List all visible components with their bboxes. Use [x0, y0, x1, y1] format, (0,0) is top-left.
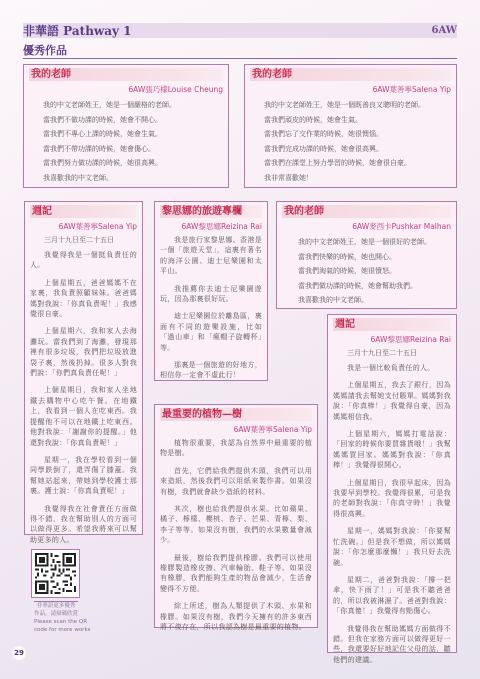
poem-line: 我非常喜歡她！: [250, 171, 451, 186]
work-author: 6AW黎思娜Reizina Rai: [333, 334, 451, 345]
paragraph: 綜上所述，樹為人類提供了木頭、水果和橡膠。如果沒有樹，我們今天擁有的許多東西將不…: [160, 601, 312, 632]
work-author: 6AW葉善寧Salena Yip: [250, 84, 451, 95]
poem-line: 當我們在課堂上努力學習的時候，她會很自豪。: [250, 156, 451, 171]
page-header: 非華語 Pathway 1 6AW: [23, 23, 457, 38]
section-title: 優秀作品: [23, 42, 457, 59]
poem-line: 我喜歡我的中文老師。: [29, 171, 223, 186]
qr-caption: 非華語更多優秀 作品，請掃碼欣賞 Please scan the QR code…: [34, 601, 78, 634]
work-title: 我的老師: [29, 68, 223, 81]
work-author: 6AW葉善寧Salena Yip: [160, 424, 312, 435]
page-number: 29: [12, 646, 26, 660]
poem-line: 當我們不做功課的時候，她會不開心。: [29, 113, 223, 128]
poem-line: 我喜歡我的中文老師。: [282, 293, 451, 308]
paragraph: 上個星期六，我和家人去海灘玩。當我們到了海灘，發現那裡有很多垃圾，我們把垃圾放進…: [30, 326, 137, 378]
paragraph: 星期一，我在學校看到一個同學跌倒了，還弄傷了膝蓋。我幫她站起來，帶她到學校護士那…: [30, 455, 137, 497]
poem-line: 當我們快樂的時候，她也開心。: [282, 250, 451, 265]
header-title: 非華語 Pathway 1: [23, 22, 132, 39]
work-title: 週記: [333, 318, 451, 331]
paragraph: 我覺得我在社會責任方面做得不錯，我在幫助別人的方面可以做得更多。希望我將來可以幫…: [30, 504, 137, 546]
paragraph: 其次，樹也給我們提供水果。比如蘋果、橘子、檸檬、櫻桃、杏子、芒果、青檸、梨、李子…: [160, 504, 312, 546]
paragraph: 我覺得我是一個挺負責任的人。: [30, 250, 137, 271]
paragraph: 星期一，媽媽對我說：「你要幫忙洗碗。」但是我不想做，所以媽媽說：「你怎麼那麼懶！…: [333, 526, 451, 568]
paragraph: 最後，樹給我們提供橡膠。我們可以使用橡膠製造橡皮擦、汽車輪胎、鞋子等。如果沒有橡…: [160, 553, 312, 595]
work-teacher-louise: 我的老師 6AW張巧檬Louise Cheung 我的中文老師姓王，她是一個嚴格…: [23, 64, 229, 188]
work-teacher-salena: 我的老師 6AW葉善寧Salena Yip 我的中文老師姓王，她是一個既善良又聰…: [244, 64, 457, 188]
work-author: 6AW麥西卡Pushkar Malhan: [282, 221, 451, 232]
work-travel-column: 黎思娜的旅遊專欄 6AW黎思娜Reizina Rai 我是旅行家黎思娜。香港是一…: [154, 201, 268, 381]
diary-date: 三月十九日至二十五日: [333, 348, 451, 358]
paragraph: 我推薦你去迪士尼樂園遊玩，因為那裏很好玩。: [160, 284, 262, 305]
poem-line: 我的中文老師姓王，她是一個很好的老師。: [282, 235, 451, 250]
paragraph: 那裏是一個旅遊的好地方，相信你一定會不虛此行！: [160, 360, 262, 381]
paragraph: 上個星期日，我和家人坐地鐵去購物中心吃午餐。在地鐵上，我看到一個人在吃東西。我提…: [30, 385, 137, 447]
paragraph: 上個星期五，爸爸媽媽不在家裏，我負責照顧妹妹。爸爸媽媽對我說：「你真負責呢！」我…: [30, 278, 137, 320]
paragraph: 上個星期五，我去了銀行，因為媽媽請我去幫她支付賬單。媽媽對我說：「你真棒！」我覺…: [333, 380, 451, 422]
qr-caption-en-1: Please scan the QR: [34, 618, 78, 626]
qr-caption-en-2: code for more works: [34, 626, 78, 634]
work-title: 我的老師: [250, 68, 451, 81]
poem-line: 當我們頑皮的時候，她會生氣。: [250, 113, 451, 128]
paragraph: 我是一個比較負責任的人。: [333, 363, 451, 373]
work-author: 6AW張巧檬Louise Cheung: [29, 84, 223, 95]
work-diary-salena: 週記 6AW葉善寧Salena Yip 三月十九日至二十五日 我覺得我是一個挺負…: [24, 201, 143, 535]
poem-line: 當我們努力做功課的時候，她很高興。: [29, 156, 223, 171]
paragraph: 迪士尼樂園位於離島區，裏面有不同的遊樂設施，比如「過山車」和「瘋帽子旋轉杯」等。: [160, 311, 262, 353]
work-title: 週記: [30, 205, 137, 218]
poem-line: 當我們忘了交作業的時候，她很懊惱。: [250, 127, 451, 142]
work-author: 6AW葉善寧Salena Yip: [30, 221, 137, 232]
work-author: 6AW黎思娜Reizina Rai: [160, 221, 262, 232]
qr-code[interactable]: [31, 549, 80, 598]
paragraph: 我覺得我在幫助媽媽方面做得不錯。但我在家務方面可以做得更好一些，我還要好好地記住…: [333, 624, 451, 666]
poem-line: 當我們不專心上課的時候，她會生氣。: [29, 127, 223, 142]
poem-line: 當我們不帶功課的時候，她會傷心。: [29, 142, 223, 157]
paragraph: 首先，它們給我們提供木頭，我們可以用來造紙，然後我們可以用紙來製作書。如果沒有樹…: [160, 466, 312, 497]
paragraph: 植物很重要，我認為自然界中最重要的植物是樹。: [160, 438, 312, 459]
poem-line: 當我們做功課的時候，她會幫助我們。: [282, 279, 451, 294]
work-diary-reizina: 週記 6AW黎思娜Reizina Rai 三月十九日至二十五日 我是一個比較負責…: [327, 314, 457, 653]
work-tree-essay: 最重要的植物—樹 6AW葉善寧Salena Yip 植物很重要，我認為自然界中最…: [154, 404, 318, 628]
paragraph: 我是旅行家黎思娜。香港是一個「旅遊天堂」，這裏有著名的海洋公園、迪士尼樂園和太平…: [160, 235, 262, 277]
paragraph: 上個星期六，媽媽打電話說：「回家的時候你要買雜貨哦！」我幫媽媽買回家。媽媽對我說…: [333, 429, 451, 471]
poem-line: 當我們完成功課的時候，她會很高興。: [250, 142, 451, 157]
diary-date: 三月十九日至二十五日: [30, 235, 137, 245]
poem-line: 我的中文老師姓王，她是一個嚴格的老師。: [29, 98, 223, 113]
qr-caption-zh-2: 作品，請掃碼欣賞: [34, 610, 78, 618]
paragraph: 上個星期日，我很早起床，因為我要早到學校。我覺得很累，可是我的老師對我說：「你真…: [333, 478, 451, 520]
work-title: 最重要的植物—樹: [160, 408, 312, 421]
work-teacher-pushkar: 我的老師 6AW麥西卡Pushkar Malhan 我的中文老師姓王，她是一個很…: [276, 201, 457, 309]
header-class-label: 6AW: [432, 25, 457, 36]
qr-code-icon: [35, 553, 76, 594]
qr-caption-zh-1: 非華語更多優秀: [34, 602, 78, 610]
work-title: 黎思娜的旅遊專欄: [160, 205, 262, 218]
paragraph: 星期二，爸爸對我說：「撐一把傘，快下雨了！」可是我不聽爸爸的，所以我被淋濕了。爸…: [333, 575, 451, 617]
poem-line: 我的中文老師姓王，她是一個既善良又聰明的老師。: [250, 98, 451, 113]
work-title: 我的老師: [282, 205, 451, 218]
poem-line: 當我們淘氣的時候，她很憤怒。: [282, 264, 451, 279]
